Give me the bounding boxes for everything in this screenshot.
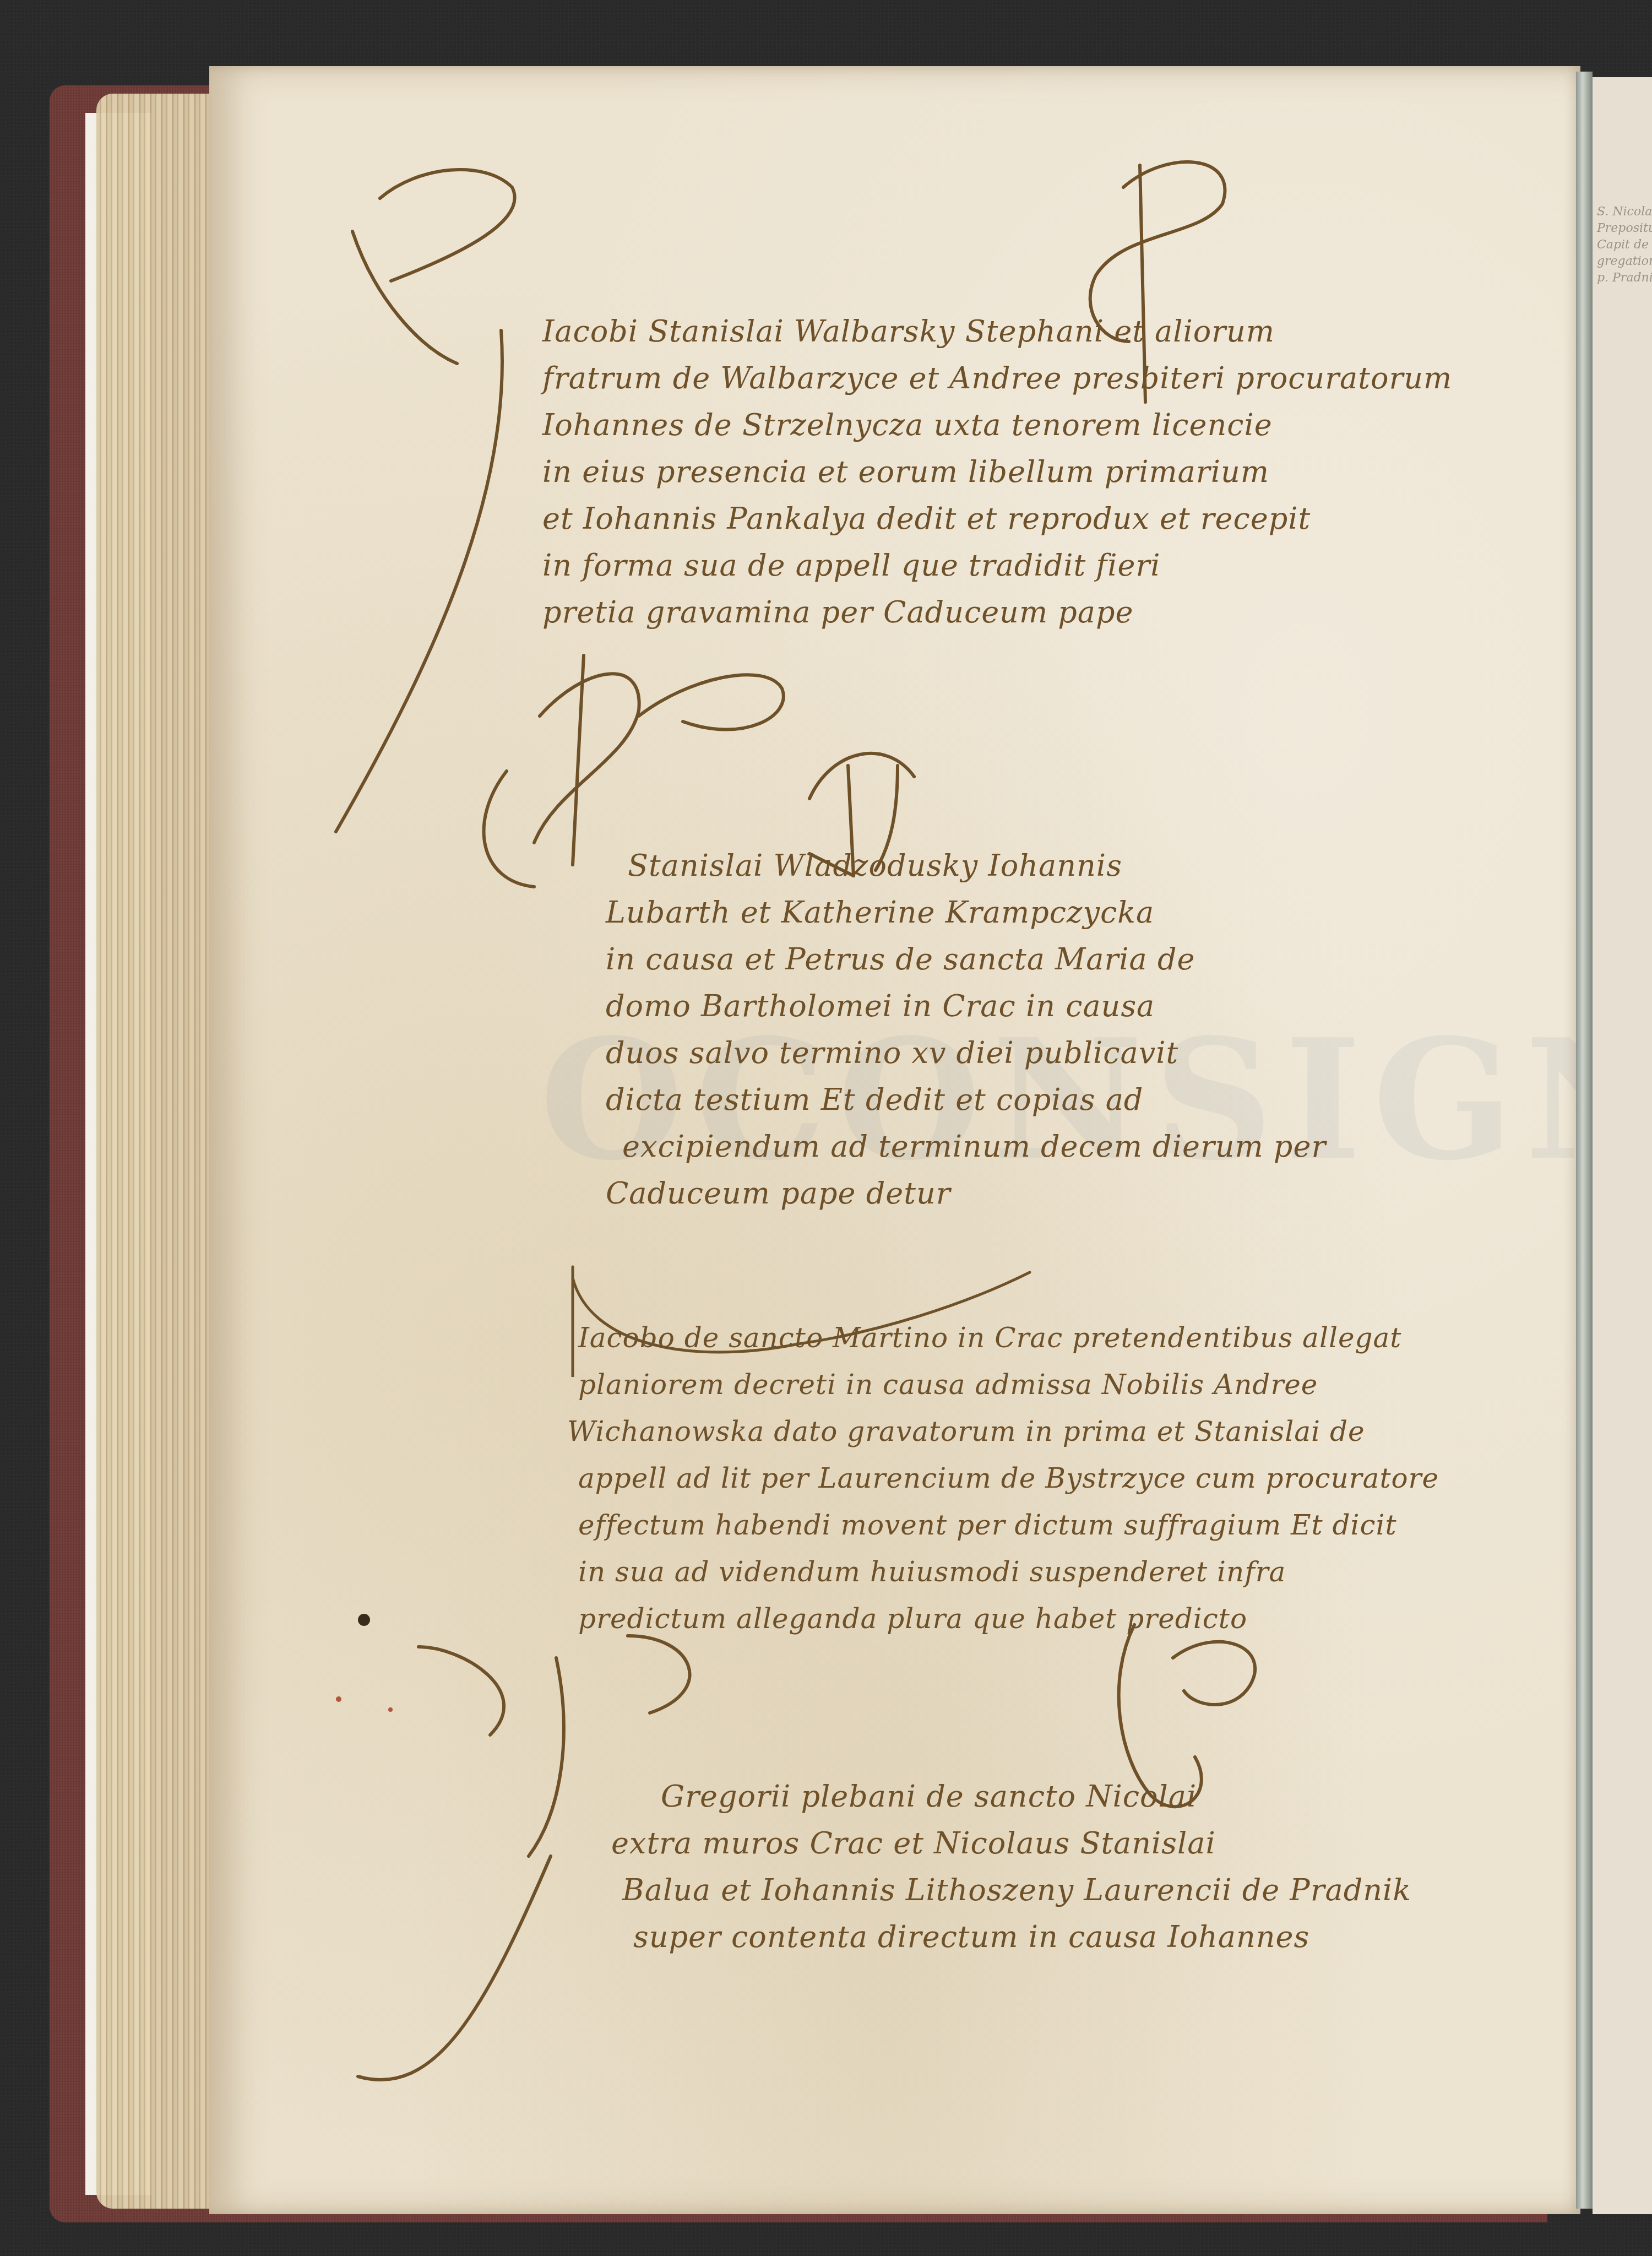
- entry-2-line: in causa et Petrus de sancta Maria de: [606, 942, 1195, 977]
- entry-3-line: predictum alleganda plura que habet pred…: [578, 1603, 1247, 1635]
- page-edges: [96, 94, 229, 2209]
- facing-page-note: S. Nicolai Prepositus Capit de Con- greg…: [1597, 204, 1652, 286]
- entry-1-line: et Iohannis Pankalya dedit et reprodux e…: [542, 501, 1311, 536]
- entry-4-line: Balua et Iohannis Lithoszeny Laurencii d…: [622, 1873, 1411, 1907]
- entry-4-line: Gregorii plebani de sancto Nicolai: [661, 1779, 1197, 1814]
- entry-4-line: super contenta directum in causa Iohanne…: [633, 1919, 1309, 1954]
- entry-2-line: Caduceum pape detur: [606, 1176, 950, 1211]
- entry-2-line: dicta testium Et dedit et copias ad: [606, 1082, 1143, 1117]
- entry-1-line: fratrum de Walbarzyce et Andree presbite…: [542, 361, 1452, 395]
- entry-3-line: Wichanowska dato gravatorum in prima et …: [567, 1416, 1365, 1447]
- entry-1-line: Iacobi Stanislai Walbarsky Stephani et a…: [542, 314, 1275, 349]
- red-speck: [336, 1696, 341, 1702]
- ink-blot: [358, 1614, 370, 1626]
- entry-3-line: Iacobo de sancto Martino in Crac pretend…: [578, 1322, 1401, 1354]
- facing-page-edge: [1593, 77, 1652, 2214]
- entry-2-line: domo Bartholomei in Crac in causa: [606, 989, 1155, 1023]
- entry-2-line: excipiendum ad terminum decem dierum per: [622, 1129, 1326, 1164]
- entry-3-line: effectum habendi movent per dictum suffr…: [578, 1509, 1397, 1541]
- gutter: [1576, 72, 1593, 2209]
- entry-2-line: Stanislai Wladzodusky Iohannis: [628, 848, 1122, 883]
- entry-3-line: appell ad lit per Laurencium de Bystrzyc…: [578, 1462, 1439, 1494]
- entry-1-line: in forma sua de appell que tradidit fier…: [542, 548, 1161, 583]
- entry-3-line: planiorem decreti in causa admissa Nobil…: [578, 1369, 1318, 1401]
- entry-1-line: Iohannes de Strzelnycza uxta tenorem lic…: [542, 408, 1273, 442]
- entry-4-line: extra muros Crac et Nicolaus Stanislai: [611, 1826, 1216, 1861]
- entry-1-line: pretia gravamina per Caduceum pape: [542, 595, 1134, 630]
- entry-2-line: Lubarth et Katherine Krampczycka: [606, 895, 1154, 930]
- entry-2-line: duos salvo termino xv diei publicavit: [606, 1035, 1178, 1070]
- entry-1-line: in eius presencia et eorum libellum prim…: [542, 454, 1269, 489]
- entry-3-line: in sua ad videndum huiusmodi suspenderet…: [578, 1556, 1286, 1588]
